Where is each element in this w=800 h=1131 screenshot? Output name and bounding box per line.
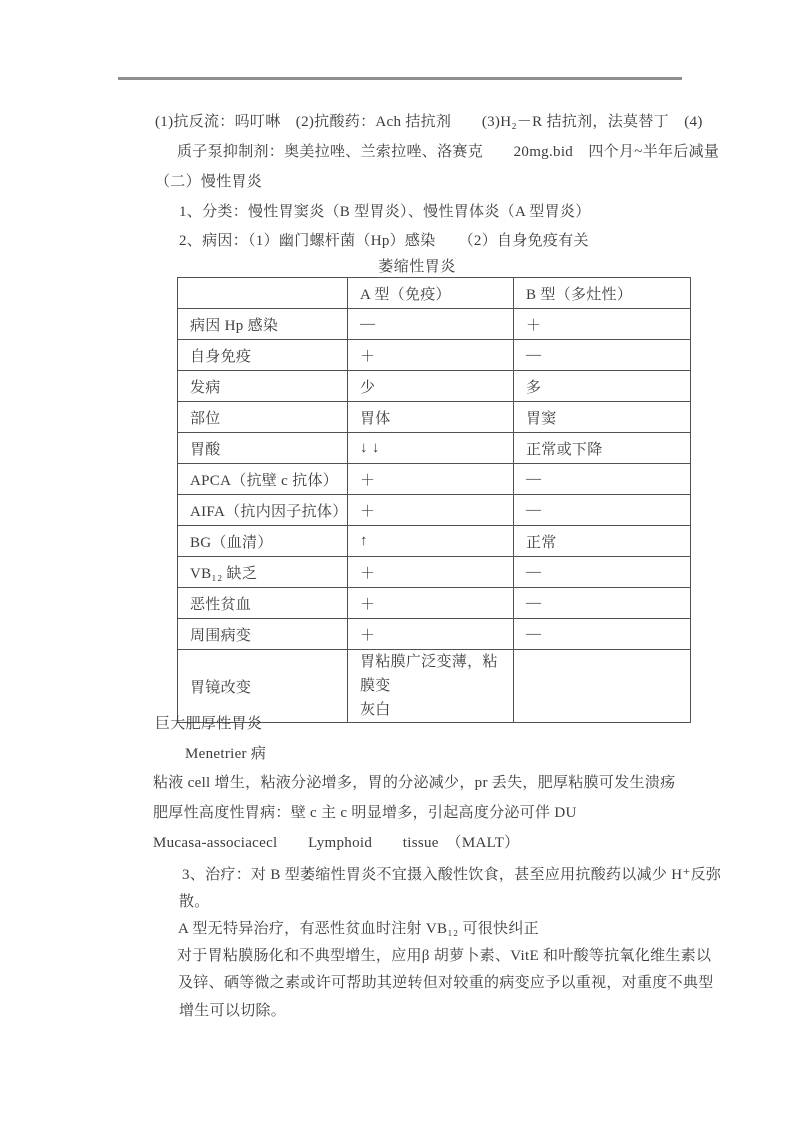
table-cell: BG（血清） [178, 526, 348, 557]
table-cell: 正常或下降 [514, 433, 691, 464]
table-row: VB₁₂ 缺乏 ＋ — [178, 557, 691, 588]
table-cell: 周围病变 [178, 619, 348, 650]
table-row: 胃酸 ↓ ↓ 正常或下降 [178, 433, 691, 464]
table-cell: ↑ [348, 526, 514, 557]
table-cell: A 型（免疫） [348, 278, 514, 309]
table-row: 发病 少 多 [178, 371, 691, 402]
table-cell: ＋ [348, 588, 514, 619]
table-cell: 胃镜改变 [178, 650, 348, 723]
table-row: APCA（抗壁 c 抗体） ＋ — [178, 464, 691, 495]
text-line: 对于胃粘膜肠化和不典型增生，应用β 胡萝卜素、VitE 和叶酸等抗氧化维生素以 [177, 946, 711, 966]
table-cell: — [514, 557, 691, 588]
table-cell: — [514, 495, 691, 526]
table-cell: 病因 Hp 感染 [178, 309, 348, 340]
table-row: 胃镜改变 胃粘膜广泛变薄，粘膜变 灰白 [178, 650, 691, 723]
text-line: 粘液 cell 增生，粘液分泌增多，胃的分泌减少，pr 丢失，肥厚粘膜可发生溃疡 [153, 773, 675, 793]
table-cell: — [514, 340, 691, 371]
table-title: 萎缩性胃炎 [177, 255, 657, 276]
table-cell: ＋ [348, 557, 514, 588]
text-line: Mucasa-associacecl Lymphoid tissue （MALT… [153, 833, 519, 853]
table-cell: 胃粘膜广泛变薄，粘膜变 灰白 [348, 650, 514, 723]
table-cell: — [514, 464, 691, 495]
table-cell: ＋ [348, 495, 514, 526]
text-line: 1、分类：慢性胃窦炎（B 型胃炎）、慢性胃体炎（A 型胃炎） [179, 202, 591, 222]
table-header-row: A 型（免疫） B 型（多灶性） [178, 278, 691, 309]
subsection-heading: 巨大肥厚性胃炎 [155, 714, 262, 734]
section-heading: （二）慢性胃炎 [155, 172, 262, 192]
table-cell: ＋ [514, 309, 691, 340]
atrophic-gastritis-table: A 型（免疫） B 型（多灶性） 病因 Hp 感染 — ＋ 自身免疫 ＋ — 发… [177, 277, 691, 723]
table-cell: B 型（多灶性） [514, 278, 691, 309]
text-line: 及锌、硒等微之素或许可帮助其逆转但对较重的病变应予以重视，对重度不典型 [178, 973, 714, 993]
table-cell: 胃体 [348, 402, 514, 433]
table-cell: 部位 [178, 402, 348, 433]
text-line: 质子泵抑制剂：奥美拉唑、兰索拉唑、洛赛克 20mg.bid 四个月~半年后减量 [177, 142, 719, 162]
text-line: A 型无特异治疗，有恶性贫血时注射 VB₁₂ 可很快纠正 [178, 919, 539, 939]
table-row: 部位 胃体 胃窦 [178, 402, 691, 433]
table-row: AIFA（抗内因子抗体） ＋ — [178, 495, 691, 526]
table-cell: 少 [348, 371, 514, 402]
text-line: 散。 [179, 892, 210, 912]
table-cell: ＋ [348, 619, 514, 650]
table-cell [178, 278, 348, 309]
table-cell: ＋ [348, 340, 514, 371]
text-line: (1)抗反流：吗叮啉 (2)抗酸药：Ach 拮抗剂 (3)H₂－R 拮抗剂，法莫… [155, 112, 703, 132]
table-cell: — [514, 588, 691, 619]
table-cell: 发病 [178, 371, 348, 402]
table-cell: AIFA（抗内因子抗体） [178, 495, 348, 526]
text-line: 3、治疗：对 B 型萎缩性胃炎不宜摄入酸性饮食，甚至应用抗酸药以减少 H⁺反弥 [182, 865, 721, 885]
table-cell: VB₁₂ 缺乏 [178, 557, 348, 588]
table-cell: 恶性贫血 [178, 588, 348, 619]
table-cell: APCA（抗壁 c 抗体） [178, 464, 348, 495]
table-row: BG（血清） ↑ 正常 [178, 526, 691, 557]
table-cell: — [348, 309, 514, 340]
text-line: 2、病因：（1）幽门螺杆菌（Hp）感染 （2）自身免疫有关 [179, 231, 589, 251]
horizontal-rule [118, 77, 682, 80]
table-cell: 胃酸 [178, 433, 348, 464]
table-cell: — [514, 619, 691, 650]
table-cell: 正常 [514, 526, 691, 557]
text-line: 增生可以切除。 [179, 1001, 286, 1021]
table-row: 恶性贫血 ＋ — [178, 588, 691, 619]
table-cell: ＋ [348, 464, 514, 495]
table-cell [514, 650, 691, 723]
table-row: 自身免疫 ＋ — [178, 340, 691, 371]
document-page: (1)抗反流：吗叮啉 (2)抗酸药：Ach 拮抗剂 (3)H₂－R 拮抗剂，法莫… [0, 0, 800, 1131]
table-cell: ↓ ↓ [348, 433, 514, 464]
text-line: Menetrier 病 [185, 744, 266, 764]
text-line: 肥厚性高度性胃病：壁 c 主 c 明显增多，引起高度分泌可伴 DU [153, 803, 577, 823]
table-cell: 自身免疫 [178, 340, 348, 371]
table-row: 病因 Hp 感染 — ＋ [178, 309, 691, 340]
table-row: 周围病变 ＋ — [178, 619, 691, 650]
table-cell: 胃窦 [514, 402, 691, 433]
table-cell: 多 [514, 371, 691, 402]
